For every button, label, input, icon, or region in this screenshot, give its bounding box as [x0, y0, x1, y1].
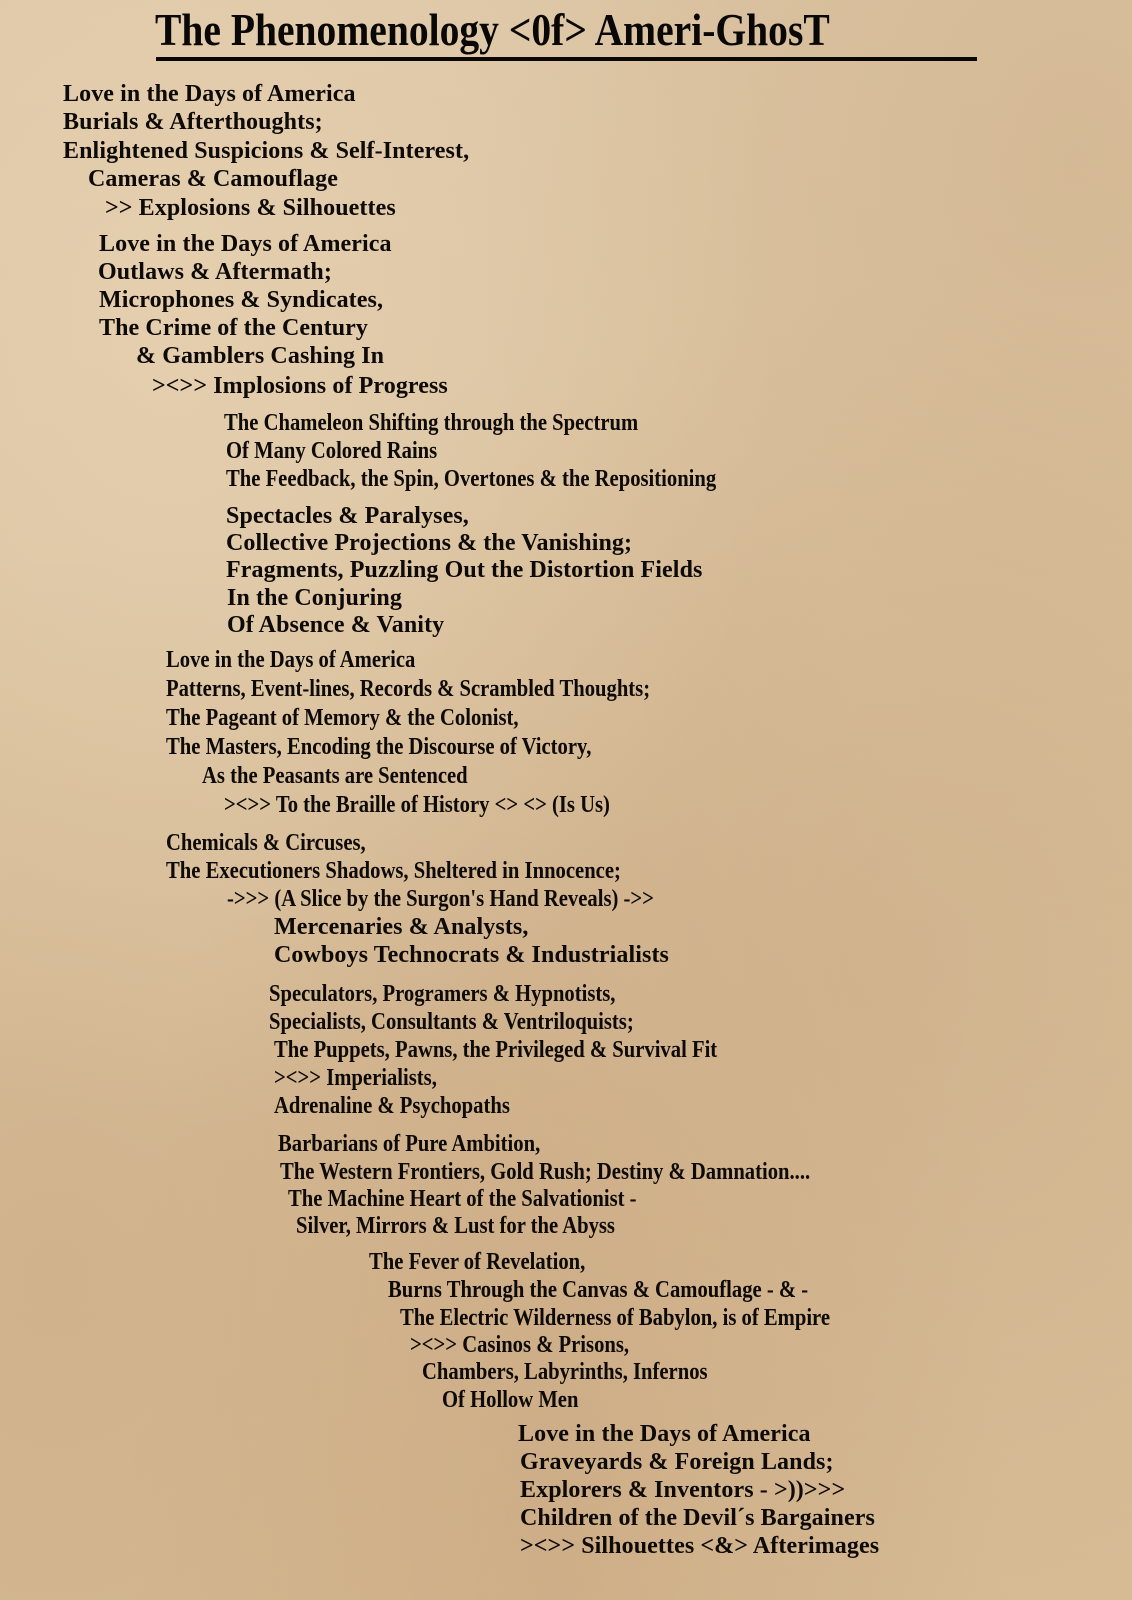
poem-line: The Puppets, Pawns, the Privileged & Sur…	[274, 1036, 717, 1064]
poem-line: Adrenaline & Psychopaths	[274, 1092, 510, 1120]
poem-line: Burns Through the Canvas & Camouflage - …	[388, 1276, 808, 1304]
poem-line: ->>> (A Slice by the Surgon's Hand Revea…	[227, 885, 654, 913]
poem-line: ><>> Silhouettes <&> Afterimages	[520, 1532, 879, 1560]
poem-line: Collective Projections & the Vanishing;	[226, 529, 632, 557]
poem-page: The Phenomenology <0f> Ameri-GhosT Love …	[0, 0, 1132, 1600]
poem-line: Chambers, Labyrinths, Infernos	[422, 1358, 708, 1386]
poem-line: ><>> To the Braille of History <> <> (Is…	[224, 791, 610, 819]
poem-line: The Feedback, the Spin, Overtones & the …	[226, 465, 716, 493]
poem-line: The Western Frontiers, Gold Rush; Destin…	[280, 1158, 810, 1186]
poem-line: Silver, Mirrors & Lust for the Abyss	[296, 1212, 615, 1240]
poem-line: ><>> Implosions of Progress	[152, 372, 448, 400]
poem-line: Love in the Days of America	[166, 646, 415, 674]
poem-title-text: The Phenomenology <0f> Ameri-GhosT	[155, 2, 830, 58]
poem-line: >> Explosions & Silhouettes	[105, 194, 396, 222]
poem-line: The Machine Heart of the Salvationist -	[288, 1185, 637, 1213]
poem-line: Enlightened Suspicions & Self-Interest,	[63, 137, 469, 165]
poem-line: The Electric Wilderness of Babylon, is o…	[400, 1304, 830, 1332]
poem-line: The Crime of the Century	[99, 314, 368, 342]
poem-line: Speculators, Programers & Hypnotists,	[269, 980, 615, 1008]
poem-line: Chemicals & Circuses,	[166, 829, 366, 857]
poem-line: Of Hollow Men	[442, 1386, 578, 1414]
poem-line: As the Peasants are Sentenced	[202, 762, 468, 790]
poem-line: The Fever of Revelation,	[369, 1248, 585, 1276]
poem-line: Mercenaries & Analysts,	[274, 913, 528, 941]
poem-line: ><>> Casinos & Prisons,	[410, 1331, 629, 1359]
poem-line: Patterns, Event-lines, Records & Scrambl…	[166, 675, 650, 703]
title-underline	[156, 57, 977, 61]
poem-line: Spectacles & Paralyses,	[226, 502, 469, 530]
poem-line: Love in the Days of America	[99, 230, 392, 258]
poem-line: Cameras & Camouflage	[88, 165, 338, 193]
poem-line: & Gamblers Cashing In	[136, 342, 384, 370]
poem-title: The Phenomenology <0f> Ameri-GhosT	[155, 2, 977, 58]
poem-line: ><>> Imperialists,	[274, 1064, 437, 1092]
poem-line: The Pageant of Memory & the Colonist,	[166, 704, 519, 732]
poem-line: Microphones & Syndicates,	[99, 286, 383, 314]
poem-line: Graveyards & Foreign Lands;	[520, 1448, 834, 1476]
poem-line: The Chameleon Shifting through the Spect…	[224, 409, 638, 437]
poem-line: The Executioners Shadows, Sheltered in I…	[166, 857, 621, 885]
poem-line: Burials & Afterthoughts;	[63, 108, 323, 136]
poem-line: Cowboys Technocrats & Industrialists	[274, 941, 669, 969]
poem-line: Of Many Colored Rains	[226, 437, 437, 465]
poem-line: Specialists, Consultants & Ventriloquist…	[269, 1008, 634, 1036]
poem-line: Love in the Days of America	[63, 80, 356, 108]
poem-line: Outlaws & Aftermath;	[98, 258, 332, 286]
poem-line: Of Absence & Vanity	[227, 611, 444, 639]
poem-line: Explorers & Inventors - >))>>>	[520, 1476, 845, 1504]
poem-line: In the Conjuring	[227, 584, 402, 612]
poem-line: Fragments, Puzzling Out the Distortion F…	[226, 556, 702, 584]
poem-line: Barbarians of Pure Ambition,	[278, 1130, 540, 1158]
poem-line: The Masters, Encoding the Discourse of V…	[166, 733, 591, 761]
poem-line: Children of the Devil´s Bargainers	[520, 1504, 875, 1532]
poem-line: Love in the Days of America	[518, 1420, 811, 1448]
